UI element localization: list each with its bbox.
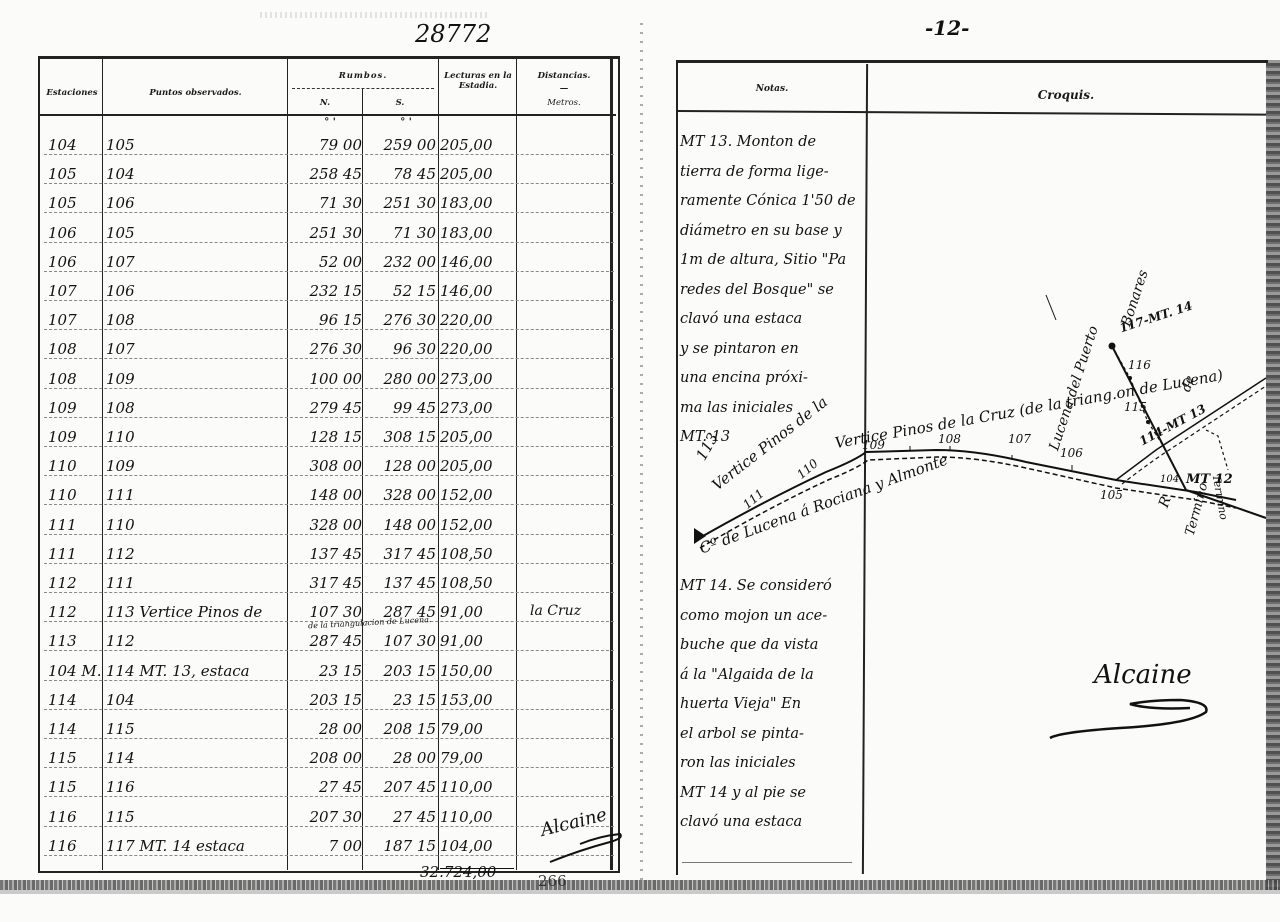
table-row: 107106232 1552 15146,00 xyxy=(40,278,616,304)
cell-punto: 110 xyxy=(106,428,296,446)
table-row: 10410579 00259 00205,00 xyxy=(40,132,616,158)
row-rule xyxy=(44,738,614,739)
cell-lectura: 91,00 xyxy=(440,632,520,650)
cell-lectura: 91,00 xyxy=(440,603,520,621)
cell-rumbo-s: 187 15 xyxy=(364,837,436,855)
table-row: 114104203 1523 15153,00 xyxy=(40,687,616,713)
row-rule xyxy=(44,358,614,359)
cell-estacion: 116 xyxy=(48,808,104,826)
cell-estacion: 108 xyxy=(48,370,104,388)
cell-rumbo-n: 232 15 xyxy=(290,282,362,300)
cell-rumbo-s: 276 30 xyxy=(364,311,436,329)
page-bottom-shadow xyxy=(0,890,1280,894)
cell-rumbo-n: 96 15 xyxy=(290,311,362,329)
label-105: 105 xyxy=(1100,488,1123,502)
cell-rumbo-n: 71 30 xyxy=(290,194,362,212)
cell-lectura: 205,00 xyxy=(440,428,520,446)
cell-rumbo-n: 128 15 xyxy=(290,428,362,446)
cell-rumbo-n: 137 45 xyxy=(290,545,362,563)
cell-rumbo-n: 27 45 xyxy=(290,778,362,796)
table-row: 115114208 0028 0079,00 xyxy=(40,745,616,771)
table-row: 10510671 30251 30183,00 xyxy=(40,190,616,216)
table-row: 110109308 00128 00205,00 xyxy=(40,453,616,479)
cell-lectura: 273,00 xyxy=(440,399,520,417)
cell-punto: 108 xyxy=(106,399,296,417)
cell-estacion: 109 xyxy=(48,428,104,446)
header-rule xyxy=(40,114,616,116)
cell-estacion: 116 xyxy=(48,837,104,855)
table-row: 111110328 00148 00152,00 xyxy=(40,512,616,538)
signature-flourish xyxy=(1040,690,1220,750)
cell-lectura: 108,50 xyxy=(440,574,520,592)
cell-lectura: 220,00 xyxy=(440,340,520,358)
cell-estacion: 105 xyxy=(48,165,104,183)
cell-estacion: 112 xyxy=(48,603,104,621)
cell-punto: 114 MT. 13, estaca xyxy=(106,662,296,680)
cell-rumbo-n: 207 30 xyxy=(290,808,362,826)
cell-lectura: 205,00 xyxy=(440,165,520,183)
cell-estacion: 104 xyxy=(48,136,104,154)
row-rule xyxy=(44,534,614,535)
signature-flourish xyxy=(540,828,630,868)
cell-rumbo-s: 128 00 xyxy=(364,457,436,475)
cell-estacion: 106 xyxy=(48,224,104,242)
cell-rumbo-n: 52 00 xyxy=(290,253,362,271)
cell-punto: 115 xyxy=(106,808,296,826)
note-line: MT 14 y al pie se xyxy=(680,785,870,801)
table-row: 112111317 45137 45108,50 xyxy=(40,570,616,596)
cell-rumbo-s: 27 45 xyxy=(364,808,436,826)
cell-lectura: 273,00 xyxy=(440,370,520,388)
cell-punto: 116 xyxy=(106,778,296,796)
cell-rumbo-n: 251 30 xyxy=(290,224,362,242)
cell-estacion: 114 xyxy=(48,720,104,738)
cell-estacion: 114 xyxy=(48,691,104,709)
cell-rumbo-n: 287 45 xyxy=(290,632,362,650)
signature-right: Alcaine xyxy=(1094,660,1192,690)
cell-estacion: 113 xyxy=(48,632,104,650)
table-row: 11511627 45207 45110,00 xyxy=(40,774,616,800)
cell-lectura: 108,50 xyxy=(440,545,520,563)
row-rule xyxy=(44,271,614,272)
cell-lectura: 205,00 xyxy=(440,457,520,475)
cell-punto: 117 MT. 14 estaca xyxy=(106,837,296,855)
row-rule xyxy=(44,504,614,505)
cell-rumbo-s: 208 15 xyxy=(364,720,436,738)
label-107: 107 xyxy=(1008,432,1031,446)
cell-rumbo-n: 7 00 xyxy=(290,837,362,855)
cell-lectura: 220,00 xyxy=(440,311,520,329)
page-bottom-edge xyxy=(0,880,1280,890)
table-row: 111112137 45317 45108,50 xyxy=(40,541,616,567)
cell-lectura: 110,00 xyxy=(440,778,520,796)
cell-punto: 110 xyxy=(106,516,296,534)
cell-rumbo-s: 203 15 xyxy=(364,662,436,680)
cell-rumbo-s: 71 30 xyxy=(364,224,436,242)
row-rule xyxy=(44,592,614,593)
row-rule xyxy=(44,709,614,710)
table-row: 116117 MT. 14 estaca7 00187 15104,00 xyxy=(40,833,616,859)
row-rule xyxy=(44,855,614,856)
cell-punto: 105 xyxy=(106,136,296,154)
folio-stamp: 266 xyxy=(538,872,567,890)
cell-estacion: 104 M. xyxy=(48,662,104,680)
cell-rumbo-n: 317 45 xyxy=(290,574,362,592)
header-croquis: Croquis. xyxy=(866,88,1266,102)
cell-punto: 107 xyxy=(106,340,296,358)
row-rule xyxy=(44,417,614,418)
cell-rumbo-n: 279 45 xyxy=(290,399,362,417)
row-rule xyxy=(44,212,614,213)
header-rumbos: Rumbos. xyxy=(289,71,437,81)
header-puntos: Puntos observados. xyxy=(104,88,287,98)
table-row: 109110128 15308 15205,00 xyxy=(40,424,616,450)
cell-lectura: 150,00 xyxy=(440,662,520,680)
header-distancias: Distancias. xyxy=(518,71,610,81)
cell-estacion: 111 xyxy=(48,516,104,534)
row-rule xyxy=(44,154,614,155)
cell-estacion: 110 xyxy=(48,457,104,475)
cell-rumbo-n: 208 00 xyxy=(290,749,362,767)
cell-punto: 104 xyxy=(106,165,296,183)
cell-rumbo-n: 276 30 xyxy=(290,340,362,358)
cell-punto: 111 xyxy=(106,486,296,504)
header-s: S. xyxy=(364,98,436,108)
cell-rumbo-s: 259 00 xyxy=(364,136,436,154)
cell-punto: 112 xyxy=(106,632,296,650)
cell-rumbo-n: 258 45 xyxy=(290,165,362,183)
cell-lectura: 79,00 xyxy=(440,720,520,738)
binding-gutter xyxy=(640,20,643,880)
cell-lectura: 79,00 xyxy=(440,749,520,767)
cell-rumbo-s: 328 00 xyxy=(364,486,436,504)
cell-lectura: 152,00 xyxy=(440,516,520,534)
header-estaciones: Estaciones xyxy=(42,88,102,98)
cell-lectura: 104,00 xyxy=(440,837,520,855)
header-notas: Notas. xyxy=(680,84,864,94)
table-row: 110111148 00328 00152,00 xyxy=(40,482,616,508)
label-115: 115 xyxy=(1124,400,1147,414)
cell-estacion: 108 xyxy=(48,340,104,358)
table-row: 11411528 00208 1579,00 xyxy=(40,716,616,742)
row-rule xyxy=(44,242,614,243)
table-row: 108109100 00280 00273,00 xyxy=(40,366,616,392)
label-116: 116 xyxy=(1128,358,1151,372)
cell-estacion: 106 xyxy=(48,253,104,271)
cell-estacion: 105 xyxy=(48,194,104,212)
header-lecturas: Lecturas en la Estadia. xyxy=(442,71,514,91)
scan-noise xyxy=(260,12,490,18)
cell-estacion: 111 xyxy=(48,545,104,563)
header-metros: Metros. xyxy=(518,98,610,108)
cell-rumbo-n: 203 15 xyxy=(290,691,362,709)
notes-rule xyxy=(682,862,852,863)
cell-punto: 114 xyxy=(106,749,296,767)
row-rule xyxy=(44,183,614,184)
table-row: 104 M.114 MT. 13, estaca23 15203 15150,0… xyxy=(40,658,616,684)
cell-punto: 113 Vertice Pinos de xyxy=(106,603,296,621)
cell-punto: 111 xyxy=(106,574,296,592)
cell-estacion: 109 xyxy=(48,399,104,417)
cell-rumbo-n: 308 00 xyxy=(290,457,362,475)
cell-rumbo-s: 137 45 xyxy=(364,574,436,592)
table-row: 105104258 4578 45205,00 xyxy=(40,161,616,187)
row-rule xyxy=(44,650,614,651)
cell-lectura: 146,00 xyxy=(440,253,520,271)
cell-lectura: 146,00 xyxy=(440,282,520,300)
cell-punto: 109 xyxy=(106,370,296,388)
row-rule xyxy=(44,475,614,476)
cell-punto: 106 xyxy=(106,194,296,212)
cell-distancia: la Cruz xyxy=(530,603,610,619)
cell-lectura: 153,00 xyxy=(440,691,520,709)
label-108: 108 xyxy=(938,432,961,446)
cell-rumbo-n: 28 00 xyxy=(290,720,362,738)
table-row: 113112287 45107 3091,00 xyxy=(40,628,616,654)
cell-rumbo-s: 28 00 xyxy=(364,749,436,767)
cell-punto: 105 xyxy=(106,224,296,242)
cell-rumbo-n: 23 15 xyxy=(290,662,362,680)
cell-rumbo-n: 328 00 xyxy=(290,516,362,534)
cell-punto: 106 xyxy=(106,282,296,300)
cell-punto: 115 xyxy=(106,720,296,738)
cell-estacion: 115 xyxy=(48,749,104,767)
cell-rumbo-s: 107 30 xyxy=(364,632,436,650)
row-rule xyxy=(44,300,614,301)
rumbos-rule xyxy=(292,88,434,89)
row-rule xyxy=(44,796,614,797)
row-rule xyxy=(44,388,614,389)
cell-punto: 104 xyxy=(106,691,296,709)
row-rule xyxy=(44,826,614,827)
row-rule xyxy=(44,446,614,447)
cell-rumbo-s: 148 00 xyxy=(364,516,436,534)
cell-punto: 107 xyxy=(106,253,296,271)
table-row: 116115207 3027 45110,00 xyxy=(40,804,616,830)
header-n: N. xyxy=(289,98,361,108)
cell-lectura: 110,00 xyxy=(440,808,520,826)
table-row: 106105251 3071 30183,00 xyxy=(40,220,616,246)
label-104: 104 xyxy=(1160,474,1179,485)
cell-rumbo-s: 52 15 xyxy=(364,282,436,300)
label-109: 109 xyxy=(862,438,885,452)
cell-rumbo-s: 317 45 xyxy=(364,545,436,563)
note-line: clavó una estaca xyxy=(680,814,870,830)
cell-lectura: 183,00 xyxy=(440,194,520,212)
cell-estacion: 115 xyxy=(48,778,104,796)
row-rule xyxy=(44,680,614,681)
degree-minute-mark: ° ' xyxy=(376,117,436,128)
cell-rumbo-s: 23 15 xyxy=(364,691,436,709)
table-row: 109108279 4599 45273,00 xyxy=(40,395,616,421)
cell-rumbo-s: 251 30 xyxy=(364,194,436,212)
cell-rumbo-n: 79 00 xyxy=(290,136,362,154)
table-row: 10710896 15276 30220,00 xyxy=(40,307,616,333)
cell-estacion: 107 xyxy=(48,311,104,329)
cell-estacion: 110 xyxy=(48,486,104,504)
cell-rumbo-s: 207 45 xyxy=(364,778,436,796)
cell-rumbo-s: 96 30 xyxy=(364,340,436,358)
cell-lectura: 205,00 xyxy=(440,136,520,154)
cell-rumbo-s: 99 45 xyxy=(364,399,436,417)
degree-minute-mark: ° ' xyxy=(300,117,360,128)
cell-punto: 112 xyxy=(106,545,296,563)
cell-punto: 108 xyxy=(106,311,296,329)
cell-rumbo-s: 232 00 xyxy=(364,253,436,271)
cell-rumbo-n: 148 00 xyxy=(290,486,362,504)
cell-punto: 109 xyxy=(106,457,296,475)
cell-rumbo-s: 280 00 xyxy=(364,370,436,388)
total-lectura: 32.724,00 xyxy=(420,863,496,881)
row-rule xyxy=(44,329,614,330)
cell-rumbo-n: 100 00 xyxy=(290,370,362,388)
cell-rumbo-s: 78 45 xyxy=(364,165,436,183)
cell-estacion: 112 xyxy=(48,574,104,592)
cell-rumbo-s: 308 15 xyxy=(364,428,436,446)
row-rule xyxy=(44,563,614,564)
cell-lectura: 152,00 xyxy=(440,486,520,504)
label-106: 106 xyxy=(1060,446,1083,460)
archive-number: 28772 xyxy=(415,20,491,48)
cell-lectura: 183,00 xyxy=(440,224,520,242)
page-number: -12- xyxy=(925,16,969,40)
cell-estacion: 107 xyxy=(48,282,104,300)
table-row: 10610752 00232 00146,00 xyxy=(40,249,616,275)
row-rule xyxy=(44,767,614,768)
table-row: 108107276 3096 30220,00 xyxy=(40,336,616,362)
